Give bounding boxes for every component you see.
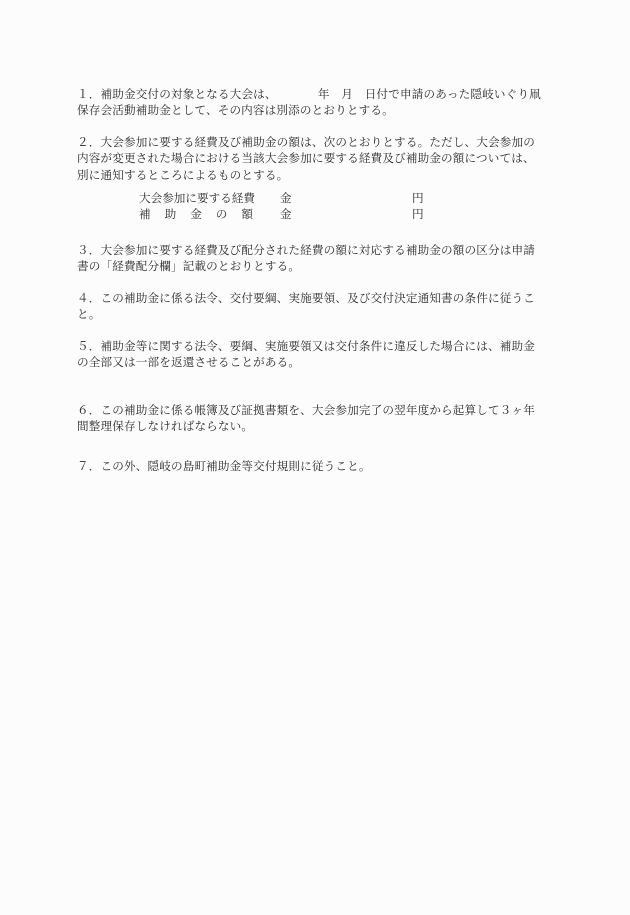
clause-3: ３．大会参加に要する経費及び配分された経費の額に対応する補助金の額の区分は申請 … bbox=[77, 242, 565, 275]
clause-1: １．補助金交付の対象となる大会は、 年 月 日付で申請のあった隠岐いぐり凧 保存… bbox=[77, 86, 565, 119]
amount-label: 大会参加に要する経費 bbox=[139, 190, 255, 206]
clause-6: ６．この補助金に係る帳簿及び証拠書類を、大会参加完了の翌年度から起算して３ヶ年 … bbox=[77, 402, 565, 435]
clause-line: ４．この補助金に係る法令、交付要綱、実施要領、及び交付決定通知書の条件に従うこ bbox=[77, 290, 565, 306]
clause-line: の全部又は一部を返還させることがある。 bbox=[77, 354, 565, 370]
clause-line: と。 bbox=[77, 306, 565, 322]
clause-7: ７．この外、隠岐の島町補助金等交付規則に従うこと。 bbox=[77, 458, 565, 474]
clause-line: ２．大会参加に要する経費及び補助金の額は、次のとおりとする。ただし、大会参加の bbox=[77, 134, 565, 150]
document-page: １．補助金交付の対象となる大会は、 年 月 日付で申請のあった隠岐いぐり凧 保存… bbox=[0, 0, 630, 915]
amount-unit: 円 bbox=[412, 190, 424, 206]
amount-row-event-expense: 大会参加に要する経費 金 円 bbox=[139, 190, 439, 206]
clause-line: ７．この外、隠岐の島町補助金等交付規則に従うこと。 bbox=[77, 458, 565, 474]
clause-line: 書の「経費配分欄」記載のとおりとする。 bbox=[77, 258, 565, 274]
amount-value-field bbox=[299, 190, 409, 206]
amount-value-field bbox=[299, 206, 409, 222]
clause-line: １．補助金交付の対象となる大会は、 年 月 日付で申請のあった隠岐いぐり凧 bbox=[77, 86, 565, 102]
clause-line: 保存会活動補助金として、その内容は別添のとおりとする。 bbox=[77, 102, 565, 118]
amount-row-subsidy: 補助金の額 金 円 bbox=[139, 206, 439, 222]
amount-unit: 円 bbox=[412, 206, 424, 222]
amount-prefix: 金 bbox=[280, 206, 292, 222]
clause-2: ２．大会参加に要する経費及び補助金の額は、次のとおりとする。ただし、大会参加の … bbox=[77, 134, 565, 183]
amount-label: 補助金の額 bbox=[139, 206, 267, 222]
clause-4: ４．この補助金に係る法令、交付要綱、実施要領、及び交付決定通知書の条件に従うこ … bbox=[77, 290, 565, 323]
clause-line: ６．この補助金に係る帳簿及び証拠書類を、大会参加完了の翌年度から起算して３ヶ年 bbox=[77, 402, 565, 418]
clause-line: ５．補助金等に関する法令、要綱、実施要領又は交付条件に違反した場合には、補助金 bbox=[77, 338, 565, 354]
clause-line: 間整理保存しなければならない。 bbox=[77, 418, 565, 434]
clause-line: 内容が変更された場合における当該大会参加に要する経費及び補助金の額については、 bbox=[77, 150, 565, 166]
clause-line: ３．大会参加に要する経費及び配分された経費の額に対応する補助金の額の区分は申請 bbox=[77, 242, 565, 258]
amount-prefix: 金 bbox=[280, 190, 292, 206]
clause-line: 別に通知するところによるものとする。 bbox=[77, 167, 565, 183]
clause-5: ５．補助金等に関する法令、要綱、実施要領又は交付条件に違反した場合には、補助金 … bbox=[77, 338, 565, 371]
